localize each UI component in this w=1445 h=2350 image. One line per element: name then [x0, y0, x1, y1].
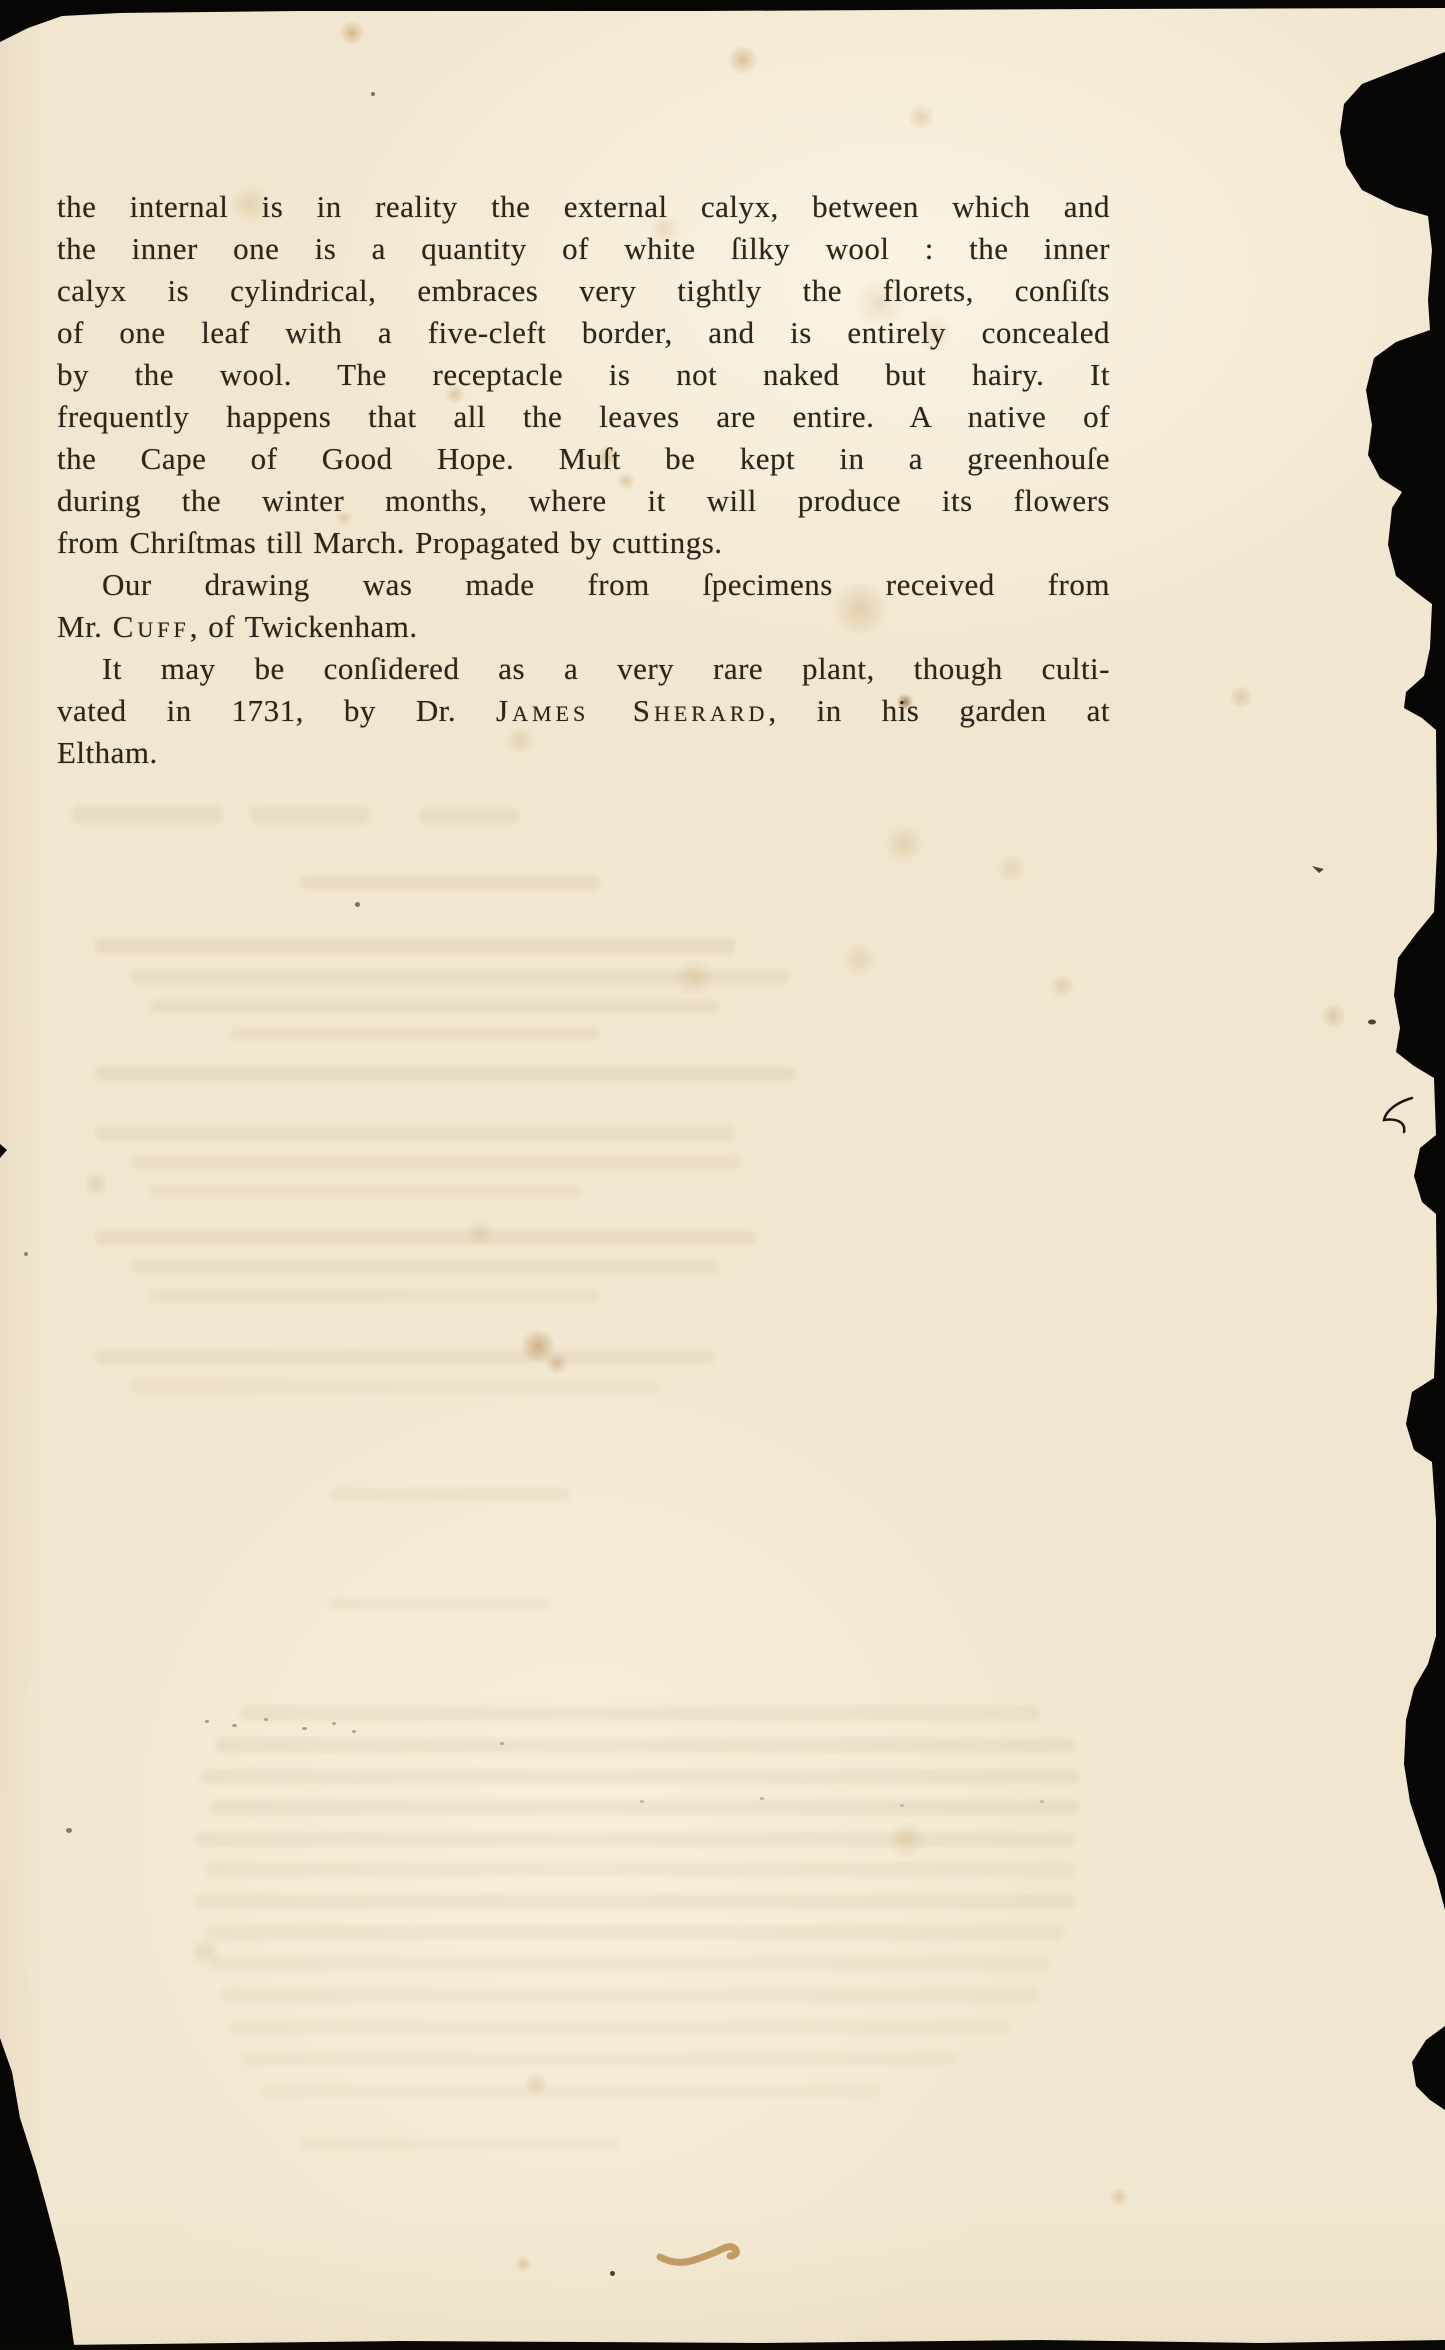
edge-speck [1368, 1020, 1376, 1025]
torn-edges [0, 0, 1445, 2350]
torn-edge-bottom [0, 2340, 1445, 2350]
page-paper: the internal is in reality the external … [0, 0, 1445, 2350]
torn-edge-top [0, 0, 1445, 42]
torn-edge-left-nub [0, 1144, 7, 1158]
torn-edge-right-blob [1412, 2026, 1445, 2110]
scanned-book-page: the internal is in reality the external … [0, 0, 1445, 2350]
torn-edge-bottom-left [0, 2038, 75, 2350]
tear-hook-mark [1384, 1098, 1412, 1132]
torn-edge-right [1340, 0, 1445, 1910]
edge-fleck [1312, 866, 1324, 873]
stain-squiggle [660, 2247, 736, 2263]
